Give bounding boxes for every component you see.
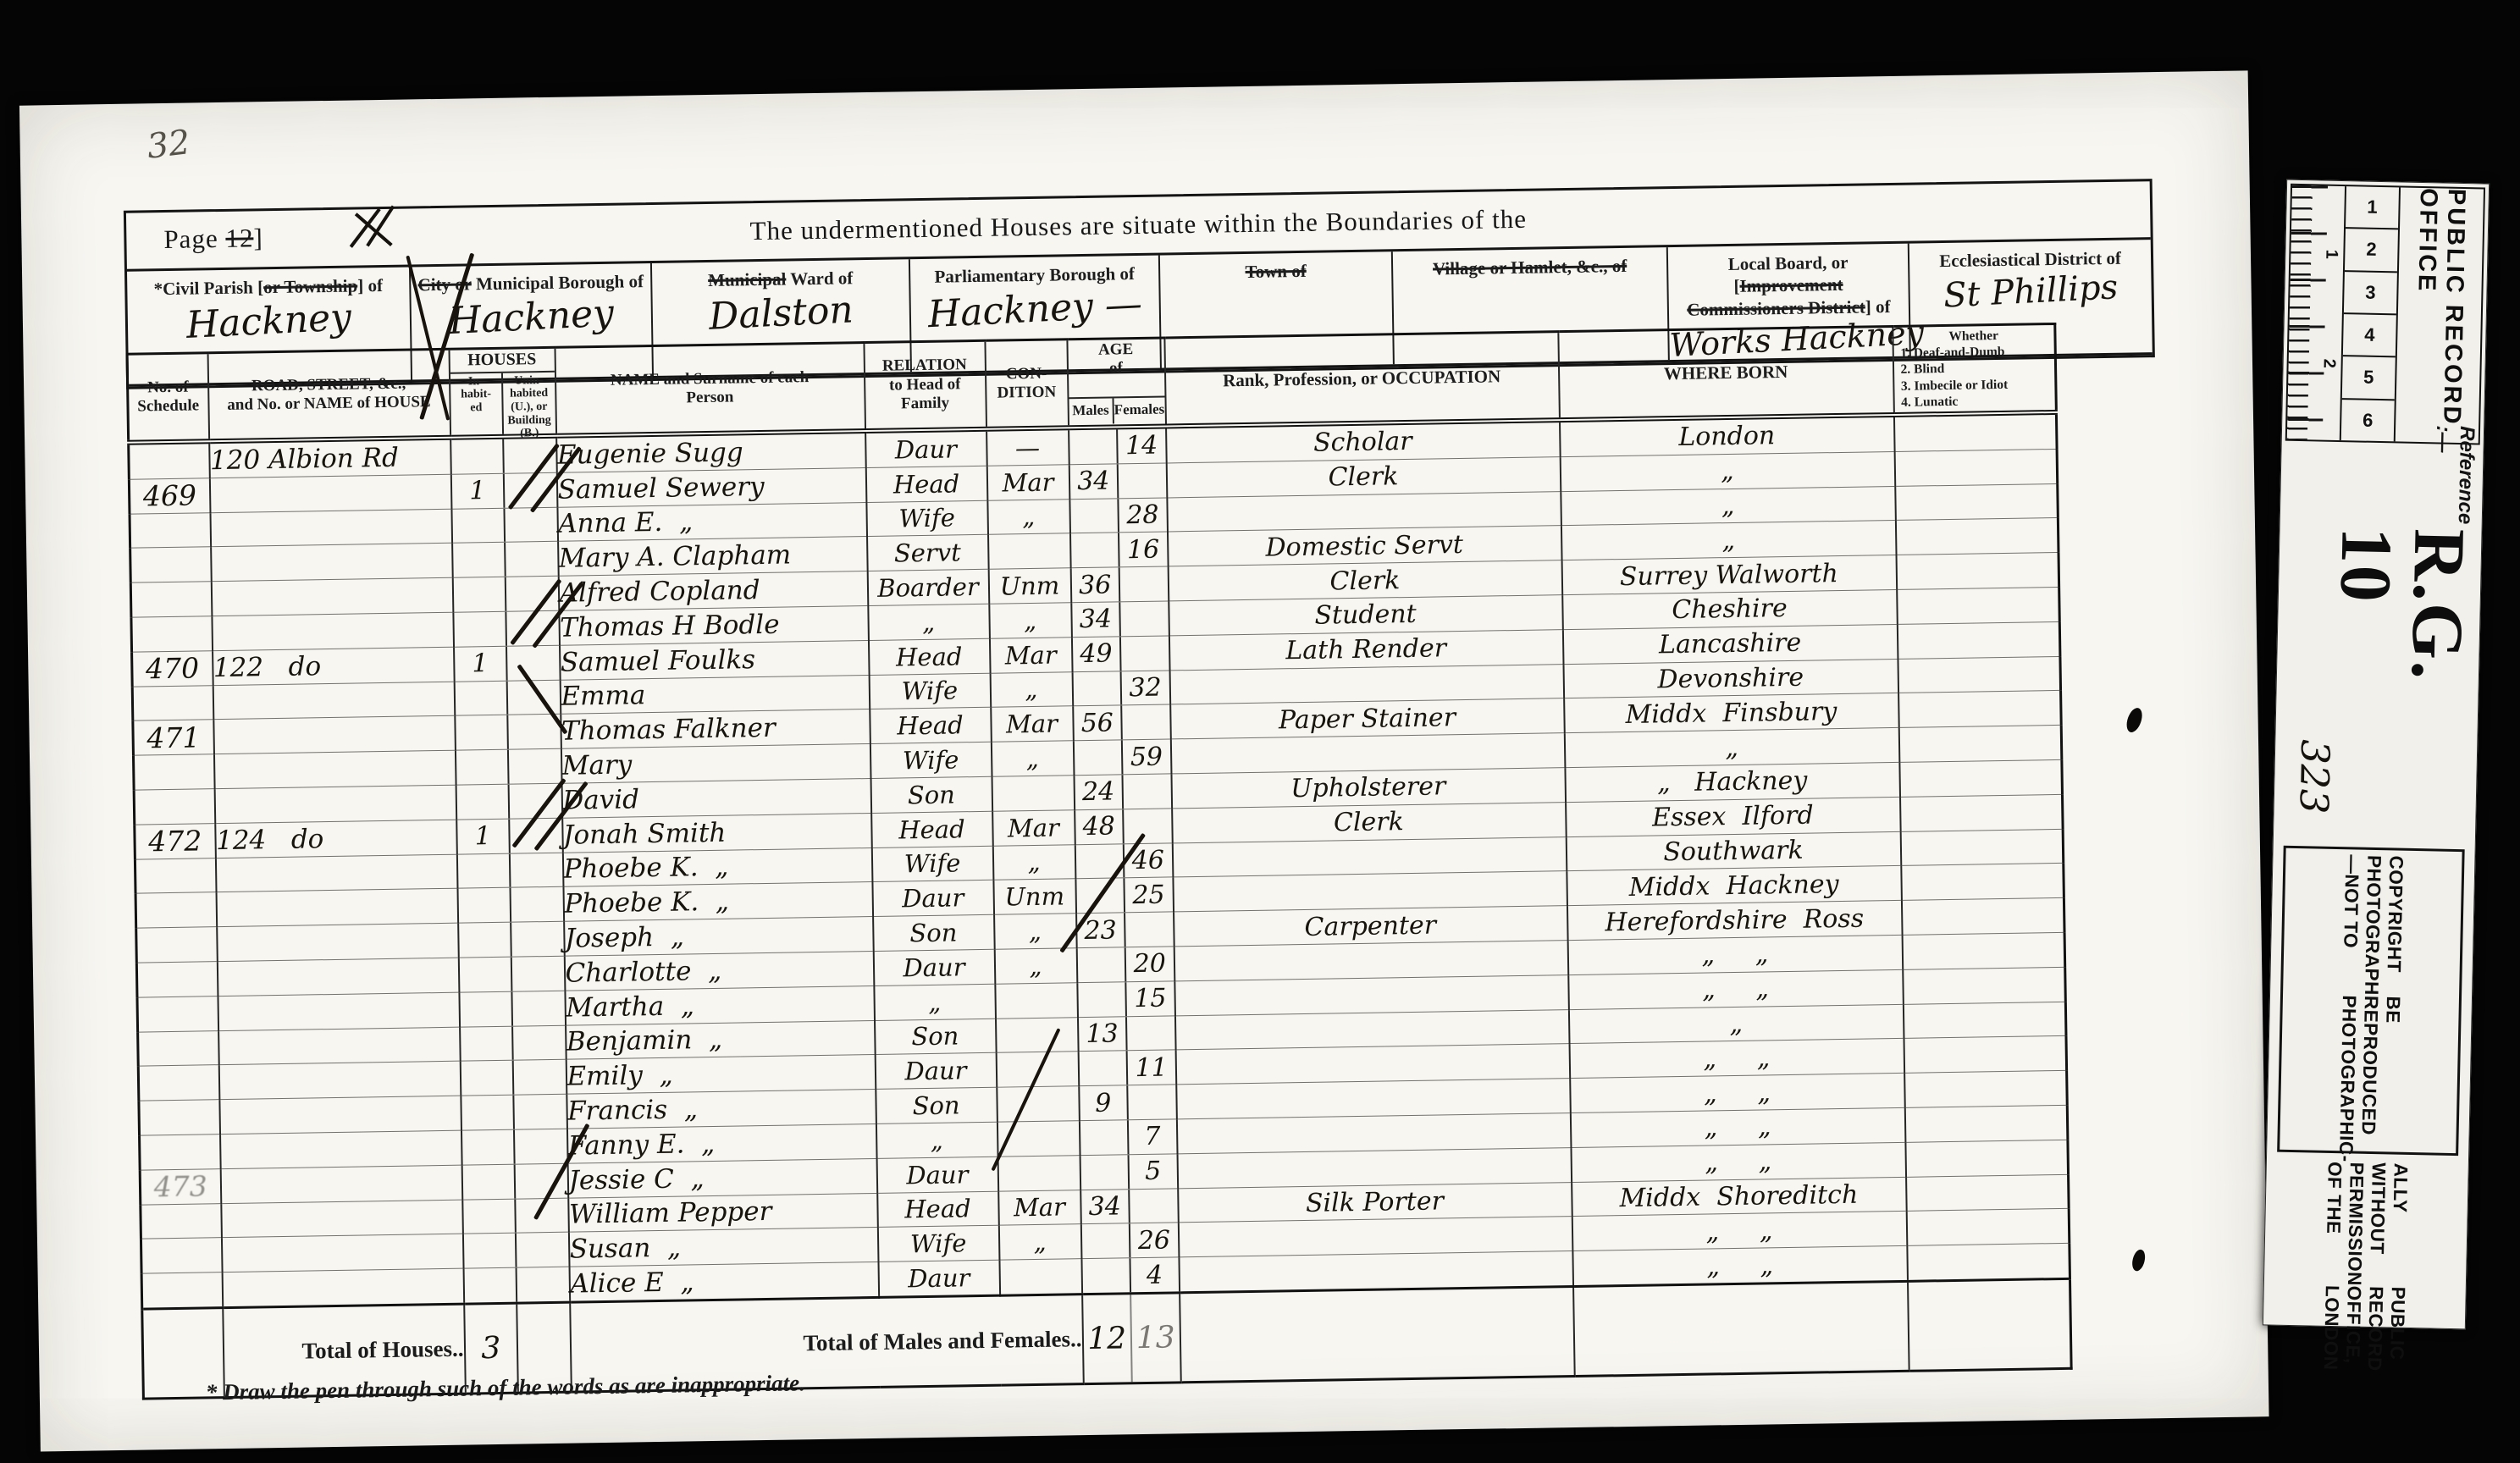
cell-condition: „ [987,499,1070,534]
cell-age: 49 [1071,636,1169,672]
header-houses-group: HOUSES [450,349,554,374]
cell-relation: Wife [871,846,993,882]
pen-scribble [353,203,413,248]
cell-whether [1906,1209,2070,1246]
cell-name: Mary A. Clapham [558,537,868,577]
cell-road [213,682,455,720]
cell-name: Thomas H Bodle [559,606,869,646]
cell-relation: Daur [876,1157,998,1193]
cell-condition [997,1121,1080,1157]
cell-whether [1903,967,2066,1004]
cell-road [211,544,453,582]
cell-condition [995,1017,1078,1052]
cell-schedule [135,858,216,893]
cell-whether [1893,412,2057,451]
cell-occupation [1175,1044,1570,1085]
cell-houses [460,1060,566,1096]
cell-age: 4 [1081,1257,1180,1295]
ink-blob [2124,706,2145,735]
cell-age: 15 [1077,981,1175,1018]
cell-name: Jessie C „ [567,1158,877,1198]
cell-born: „ „ [1568,969,1904,1009]
cell-schedule [140,1135,221,1170]
cell-road [216,889,458,927]
grade-scale-number: 2 [2345,229,2398,273]
cell-houses [458,921,565,958]
cell-name: Alfred Copland [558,571,868,611]
cell-houses [452,542,559,578]
cell-relation: „ [874,984,996,1020]
cell-relation: Son [875,1019,997,1055]
header-occupation: Rank, Profession, or OCCUPATION [1164,332,1560,427]
cell-road [220,1130,462,1168]
cell-relation: Daur [878,1260,1000,1297]
cell-name: Anna E. „ [557,502,867,542]
cell-age: 32 [1072,671,1170,707]
cell-name: Charlotte „ [564,951,874,991]
cell-condition [992,776,1075,811]
cell-houses [455,715,561,751]
cell-whether [1901,898,2064,936]
grade-scale-number: 5 [2342,356,2396,400]
cell-born: Herefordshire Ross [1567,901,1902,941]
cell-relation: Head [877,1191,999,1228]
scanned-census-page: { "scan": { "folio_pencil": "32" }, "hea… [0,0,2520,1463]
pro-series-block: Reference :— R.G. 10 [2278,441,2479,649]
cell-schedule: 471 [133,720,214,755]
cell-road [221,1200,463,1238]
cell-relation: Son [873,914,995,951]
ruler-number: 2 [2319,358,2339,368]
cell-age: 48 [1075,809,1173,845]
cell-born: Southwark [1566,831,1901,871]
copyright-line: BE REPRODUCED PHOTOGRAPHIC- [2332,995,2407,1163]
cell-age: 11 [1078,1050,1176,1086]
cell-road [215,854,457,892]
cell-houses [453,610,560,647]
header-uninhabited: Unin- habited (U.), or Building (B.) [501,373,555,434]
cell-houses [459,991,566,1027]
cell-born: Essex Ilford [1566,797,1901,836]
cell-born: „ [1564,728,1899,768]
cell-name: Phoebe K. „ [562,847,872,887]
cell-relation: Head [871,811,993,847]
cell-whether [1899,759,2063,797]
cell-whether [1907,1243,2070,1281]
cell-condition: „ [998,1224,1081,1260]
cell-road [214,785,456,823]
cell-relation: Head [868,638,990,675]
cell-houses [454,680,561,716]
cell-schedule [129,441,210,479]
cell-name: Alice E „ [569,1262,879,1303]
pencil-folio-number: 32 [145,123,192,167]
header-inhabited: In- habit- ed [450,373,502,435]
series-number: R.G. 10 [2277,521,2477,682]
cell-schedule: 469 [129,478,210,514]
cell-condition [999,1259,1082,1295]
cell-age: 9 [1079,1085,1177,1121]
cell-road [213,716,456,754]
cell-age: 16 [1070,532,1169,568]
cell-whether [1898,691,2062,728]
ink-blob [2130,1248,2147,1273]
pro-office-title: PUBLIC RECORD OFFICE [2396,187,2484,443]
cell-houses [456,853,563,889]
cell-born: „ „ [1567,935,1903,974]
cell-houses [462,1198,569,1234]
cell-schedule [130,512,211,548]
copyright-lines: COPYRIGHT PHOTOGRAPH—NOT TOBE REPRODUCED… [2321,854,2420,1147]
civil-parish-value: Hackney [127,293,411,351]
cell-whether [1906,1174,2070,1212]
grade-scale-number: 1 [2346,186,2399,230]
page-label-pre: Page [163,224,226,254]
cell-condition: Mar [992,809,1075,845]
cell-relation: „ [868,604,990,640]
cell-whether [1904,1105,2068,1142]
census-rows: 120 Albion RdEugenie SuggDaur—14ScholarL… [129,412,2070,1309]
cell-age: 56 [1073,704,1171,741]
cell-schedule [141,1273,223,1309]
cell-relation: „ [876,1122,997,1158]
cell-road [213,750,456,788]
cell-relation: Boarder [867,569,989,605]
header-schedule: No. of Schedule [127,353,209,443]
cell-age: 36 [1070,566,1169,603]
cell-occupation [1174,941,1568,981]
cell-houses [461,1163,568,1200]
cell-born: „ „ [1571,1142,1906,1182]
pro-reference-strip: 1 2 123456 PUBLIC RECORD OFFICE Referenc… [2263,179,2490,1330]
cell-age: 34 [1069,463,1167,500]
header-houses: HOUSES In- habit- ed Unin- habited (U.),… [449,347,556,437]
cell-road [220,1165,462,1203]
header-born: WHERE BORN [1558,326,1894,420]
total-females-value: 13 [1130,1294,1180,1382]
cell-born: „ „ [1570,1107,1905,1147]
cell-condition: Mar [986,465,1069,500]
cell-whether [1904,1070,2068,1107]
cell-houses [451,507,558,544]
cell-houses [458,956,565,992]
cell-schedule [138,1065,219,1101]
cell-name: Benjamin „ [566,1020,876,1060]
cell-born: Middx Hackney [1567,866,1902,906]
cell-road [209,474,451,512]
cell-houses [460,1025,566,1062]
cell-relation: Servt [867,535,989,571]
cell-occupation [1167,491,1561,532]
cell-name: Mary [561,744,870,784]
cell-occupation: Scholar [1166,420,1561,463]
cell-road [212,612,454,650]
cell-born: „ „ [1569,1039,1904,1079]
cell-condition: „ [994,948,1077,984]
cell-schedule [131,616,213,652]
cell-road [217,958,459,996]
header-males: Males [1069,399,1113,425]
cell-whether [1898,726,2062,763]
cell-condition: Unm [993,879,1076,914]
page-label-post: ] [253,223,263,252]
cell-houses: 1 [450,472,557,509]
cell-schedule [136,962,218,997]
cell-condition: „ [991,741,1074,776]
cell-houses: 1 [454,645,561,682]
cell-born: „ Hackney [1565,762,1900,802]
cell-schedule [141,1203,222,1239]
cell-born: „ [1560,451,1895,491]
cell-name: David [561,778,871,818]
cell-whether [1901,864,2064,901]
cell-relation: Wife [877,1226,999,1262]
header-age: AGE of Males Females [1067,338,1166,428]
page-number-label: Page 12] [163,223,263,255]
cell-whether [1895,483,2059,521]
cell-condition: „ [990,671,1073,707]
cell-name: Phoebe K. „ [563,882,873,922]
cell-road [218,1062,461,1100]
cell-occupation: Carpenter [1174,906,1568,947]
cell-relation: Daur [875,1053,997,1090]
census-sheet: 32 Page 12] The undermentioned Houses ar… [19,70,2269,1451]
cell-born: Lancashire [1562,624,1898,664]
cell-age: 20 [1076,947,1174,983]
cell-relation: Son [876,1087,997,1123]
cell-relation: Daur [872,881,994,917]
cell-age: 24 [1074,774,1172,810]
cell-schedule [135,892,217,928]
cell-born: „ [1561,486,1896,526]
cell-name: Samuel Foulks [559,640,869,680]
cell-born: „ [1561,521,1896,560]
cell-name: Emma [560,675,870,715]
cell-name: Thomas Falkner [561,709,870,749]
pen-strokes-layer [19,70,2248,105]
cell-condition [997,1155,1080,1190]
cell-road [210,509,452,547]
census-page: 32 Page 12] The undermentioned Houses ar… [19,70,2269,1451]
cell-born: Cheshire [1562,589,1898,629]
cell-name: Eugenie Sugg [556,431,866,472]
cell-whether [1896,553,2059,590]
cell-name: Jonah Smith [562,813,872,853]
header-whether: Whether 1. Deaf-and-Dumb 2. Blind 3. Imb… [1893,323,2057,415]
cell-name: Francis „ [566,1090,876,1129]
cell-age: 14 [1069,426,1167,464]
cell-schedule [132,685,213,720]
cell-road [217,923,459,961]
cell-born: „ „ [1570,1074,1905,1113]
cell-houses [461,1129,567,1165]
cell-schedule [139,1100,220,1135]
cell-condition: Mar [989,638,1072,673]
cell-relation: Head [870,708,992,744]
cell-condition: — [986,428,1069,466]
cell-age: 23 [1076,912,1174,948]
cell-name: Joseph „ [564,917,874,957]
municipal-ward-value: Dalston [652,285,910,341]
cell-whether [1900,794,2064,831]
pro-grade-scale: 1 2 123456 PUBLIC RECORD OFFICE [2285,184,2485,445]
cell-occupation [1179,1251,1573,1293]
header-age-group: AGE of [1068,340,1164,379]
grade-scale-cells: 123456 [2341,186,2401,441]
cell-schedule: 470 [132,650,213,686]
cell-whether [1894,449,2058,486]
cell-houses [461,1094,567,1130]
cell-whether [1895,518,2059,555]
cell-road [222,1268,464,1307]
cell-road [219,1096,461,1134]
cell-relation: Son [870,776,992,813]
cell-schedule [134,789,215,825]
cell-schedule: 472 [135,823,216,858]
ruler-number: 1 [2321,250,2340,260]
cell-born: Devonshire [1563,659,1898,698]
cell-born: Surrey Walworth [1561,555,1897,595]
cell-houses [462,1232,569,1268]
census-table: No. of Schedule ROAD, STREET, &c., and N… [126,323,2073,1400]
cell-schedule [138,1030,219,1066]
copyright-line: COPYRIGHT PHOTOGRAPH—NOT TO [2335,854,2409,996]
cell-born: Middx Shoreditch [1572,1177,1907,1217]
cell-born: Middx Finsbury [1564,693,1899,733]
cell-age: 26 [1080,1223,1179,1259]
cell-age: 59 [1073,739,1171,776]
cell-houses [457,887,564,924]
total-ages-cell: 12 13 [1082,1293,1181,1384]
cell-condition: Mar [998,1190,1081,1225]
cell-born: „ „ [1572,1212,1907,1251]
cell-occupation [1177,1147,1572,1188]
cell-condition: Unm [988,568,1071,604]
cell-age: 13 [1077,1015,1175,1052]
grade-scale-number: 4 [2343,314,2396,358]
cell-schedule [130,582,212,617]
cell-name: Emily „ [566,1055,876,1095]
cell-occupation: Student [1169,595,1563,636]
header-road: ROAD, STREET, &c., and No. or NAME of HO… [207,349,450,441]
cell-occupation: Lath Render [1169,629,1563,670]
cell-occupation [1174,1009,1569,1050]
cell-condition [997,1086,1080,1122]
header-name: NAME and Surname of each Person [555,343,865,436]
cell-whether [1897,587,2060,624]
cell-age: 28 [1069,498,1168,534]
cell-road [221,1234,463,1272]
cell-age: 34 [1071,601,1169,638]
cell-houses [463,1267,570,1304]
header-females: Females [1113,398,1165,424]
cell-road [211,577,453,616]
cell-whether [1902,932,2065,969]
cell-name: Martha „ [565,985,875,1025]
cell-name: Fanny E. „ [566,1123,876,1163]
header-condition: CON- DITION [985,340,1069,429]
cell-whether [1903,1002,2066,1039]
copyright-line: PUBLIC RECORD OFFICE, LONDON [2317,1285,2412,1372]
cell-whether [1897,621,2060,659]
cell-houses [455,748,561,785]
grade-scale-number: 3 [2344,272,2397,316]
cell-relation: Daur [865,429,987,468]
cell-whether [1900,829,2064,866]
cell-relation: Daur [873,949,995,985]
header-relation: RELATION to Head of Family [864,340,986,431]
cell-relation: Head [865,466,987,502]
cell-whether [1898,656,2061,693]
cell-schedule [136,927,218,963]
cell-whether [1905,1140,2069,1177]
cell-schedule [130,547,212,582]
reference-label: Reference :— [2302,407,2479,524]
piece-number: 323 [2291,739,2338,833]
cell-condition [995,982,1078,1018]
cell-age: 34 [1080,1188,1179,1224]
cell-born: „ „ [1572,1245,1908,1286]
cell-schedule: 473 [140,1168,221,1204]
copyright-line: ALLY WITHOUT PERMISSION OF THE [2318,1162,2414,1288]
cell-condition: „ [989,603,1072,638]
cell-road: 124 do [215,820,457,858]
cell-occupation [1170,733,1565,774]
cell-age: 5 [1080,1154,1178,1190]
cell-relation: Wife [866,500,988,537]
cell-whether [1904,1036,2067,1074]
cell-born: London [1559,415,1894,456]
cell-age: 7 [1079,1119,1177,1156]
cell-condition: Mar [991,706,1074,742]
cell-schedule [133,754,214,790]
ecclesiastical-district-value: St Phillips [1909,266,2152,317]
cell-born: „ [1568,1004,1904,1044]
copyright-box: COPYRIGHT PHOTOGRAPH—NOT TOBE REPRODUCED… [2277,846,2465,1156]
cell-road: 120 Albion Rd [209,438,451,478]
cell-relation: Wife [870,742,992,778]
cell-occupation [1172,836,1567,877]
cell-name: Susan „ [568,1228,878,1267]
cell-road [218,1027,461,1065]
total-males-value: 12 [1083,1295,1131,1383]
cell-relation: Wife [869,673,991,709]
cell-name: Samuel Sewery [556,467,866,507]
cell-schedule [137,996,218,1031]
cell-condition [988,533,1071,569]
ruler-icon: 1 2 [2287,185,2346,440]
cell-name: William Pepper [568,1193,878,1233]
page-label-number: 12 [225,223,254,253]
cell-houses [452,576,559,612]
cell-road [218,992,460,1030]
cell-condition: „ [992,844,1075,880]
cell-occupation: Paper Stainer [1170,698,1565,739]
cell-occupation: Clerk [1172,802,1567,842]
parliamentary-borough-value: Hackney — [910,282,1160,338]
cell-schedule [141,1238,222,1273]
cell-road: 122 do [213,647,455,685]
